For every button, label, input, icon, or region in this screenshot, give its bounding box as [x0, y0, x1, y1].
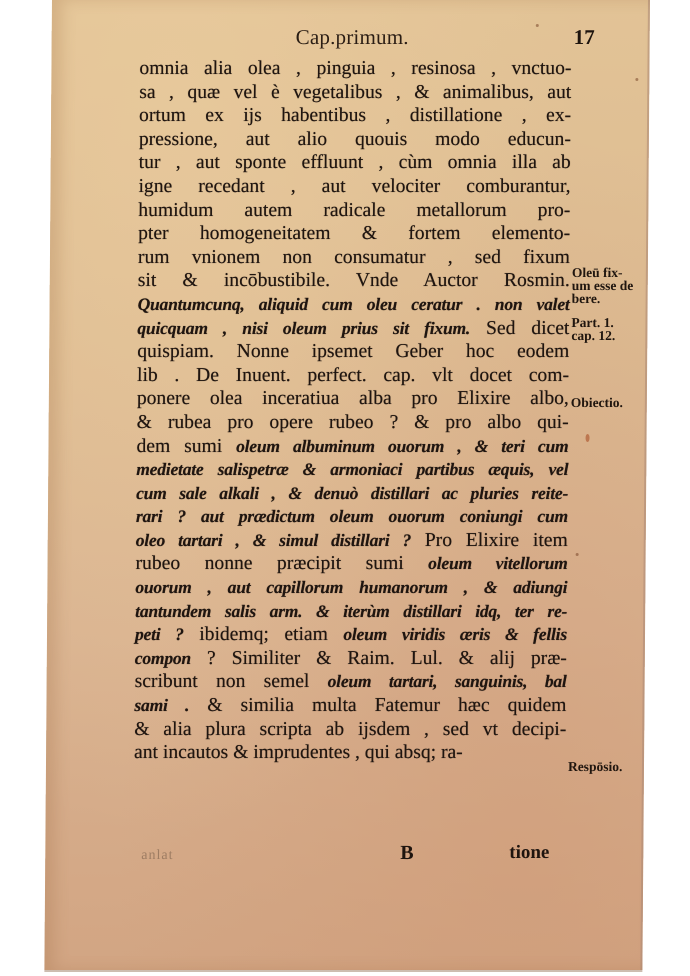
- margin-note-line: Respōsio.: [568, 760, 622, 773]
- text-line: oleo tartari , & simul distillari ? Pro …: [136, 529, 568, 553]
- paper-speck: [536, 24, 539, 27]
- text-line: igne recedant , aut velociter comburantu…: [138, 175, 570, 199]
- text-line: peti ? ibidemq; etiam oleum viridis æris…: [135, 623, 567, 647]
- margin-note: Oleū fix-um esse debere.: [572, 266, 634, 305]
- text-line: & rubea pro opere rubeo ? & pro albo qui…: [137, 411, 569, 435]
- margin-note-line: bere.: [572, 292, 634, 305]
- italic-quote-segment: oleum viridis æris & fellis: [343, 624, 567, 644]
- italic-quote-segment: medietate salispetræ & armoniaci partibu…: [136, 459, 568, 479]
- text-segment: omnia alia olea , pinguia , resinosa , v…: [139, 58, 571, 79]
- body-text: omnia alia olea , pinguia , resinosa , v…: [134, 57, 572, 765]
- text-line: tantundem salis arm. & iterùm distillari…: [135, 600, 567, 624]
- text-line: ant incautos & imprudentes , qui absq; r…: [134, 741, 566, 765]
- page-number: 17: [574, 25, 595, 50]
- text-segment: tur , aut sponte effluunt , cùm omnia il…: [139, 152, 571, 173]
- paper-speck: [635, 78, 638, 81]
- text-segment: pressione, aut alio quouis modo educun-: [139, 129, 571, 150]
- margin-note: Respōsio.: [568, 760, 622, 773]
- text-segment: & rubea pro opere rubeo ? & pro albo qui…: [137, 412, 569, 433]
- text-line: rubeo nonne præcipit sumi oleum vitellor…: [135, 552, 567, 576]
- signature-mark: B: [400, 842, 414, 865]
- text-segment: lib . De Inuent. perfect. cap. vlt docet…: [137, 365, 569, 386]
- text-line: tur , aut sponte effluunt , cùm omnia il…: [139, 151, 571, 175]
- text-segment: & alia plura scripta ab ijsdem , sed vt …: [134, 719, 566, 740]
- running-title: Cap.primum.: [296, 25, 409, 50]
- margin-note-line: cap. 12.: [571, 329, 615, 342]
- text-segment: Sed dicet: [470, 318, 569, 339]
- paper-speck: [586, 434, 590, 442]
- text-segment: rubeo nonne præcipit sumi: [135, 553, 428, 574]
- text-segment: ant incautos & imprudentes , qui absq; r…: [134, 742, 463, 763]
- italic-quote-segment: oleo tartari , & simul distillari ?: [136, 530, 411, 550]
- text-segment: humidum autem radicale metallorum pro-: [138, 200, 570, 221]
- italic-quote-segment: ouorum , aut capillorum humanorum , & ad…: [135, 577, 567, 597]
- text-segment: ponere olea inceratiua alba pro Elixire …: [137, 388, 569, 409]
- text-line: sa , quæ vel è vegetalibus , & animalibu…: [139, 81, 571, 105]
- text-line: quispiam. Nonne ipsemet Geber hoc eodem: [137, 340, 569, 364]
- text-line: rari ? aut prædictum oleum ouorum coniun…: [136, 505, 568, 529]
- text-line: humidum autem radicale metallorum pro-: [138, 199, 570, 223]
- italic-quote-segment: oleum vitellorum: [428, 553, 568, 573]
- text-line: pressione, aut alio quouis modo educun-: [139, 128, 571, 152]
- text-segment: pter homogeneitatem & fortem elemento-: [138, 223, 570, 244]
- italic-quote-segment: quicquam , nisi oleum prius sit fixum.: [137, 318, 470, 338]
- text-line: omnia alia olea , pinguia , resinosa , v…: [139, 57, 571, 81]
- text-line: scribunt non semel oleum tartari, sangui…: [135, 670, 567, 694]
- italic-quote-segment: oleum albuminum ouorum , & teri cum: [236, 436, 569, 456]
- text-segment: sa , quæ vel è vegetalibus , & animalibu…: [139, 82, 571, 103]
- text-segment: ortum ex ijs habentibus , distillatione …: [139, 105, 571, 126]
- text-line: lib . De Inuent. perfect. cap. vlt docet…: [137, 364, 569, 388]
- text-line: sit & incōbustibile. Vnde Auctor Rosmin.: [138, 269, 570, 293]
- margin-note: Part. 1.cap. 12.: [571, 316, 615, 342]
- margin-note: Obiectio.: [571, 396, 623, 409]
- text-line: cum sale alkali , & denuò distillari ac …: [136, 482, 568, 506]
- text-line: ortum ex ijs habentibus , distillatione …: [139, 104, 571, 128]
- italic-quote-segment: Quantumcunq, aliquid cum oleu ceratur . …: [138, 294, 570, 314]
- text-line: rum vnionem non consumatur , sed fixum: [138, 246, 570, 270]
- text-line: Quantumcunq, aliquid cum oleu ceratur . …: [138, 293, 570, 317]
- margin-note-line: Obiectio.: [571, 396, 623, 409]
- text-segment: quispiam. Nonne ipsemet Geber hoc eodem: [137, 341, 569, 362]
- text-line: sami . & similia multa Fatemur hæc quide…: [134, 694, 566, 718]
- text-line: medietate salispetræ & armoniaci partibu…: [136, 458, 568, 482]
- text-line: dem sumi oleum albuminum ouorum , & teri…: [136, 435, 568, 459]
- text-line: ouorum , aut capillorum humanorum , & ad…: [135, 576, 567, 600]
- text-line: quicquam , nisi oleum prius sit fixum. S…: [137, 317, 569, 341]
- paper-speck: [576, 553, 579, 556]
- faded-bleedthrough-text: anlat: [141, 848, 173, 864]
- text-segment: & similia multa Fatemur hæc quidem: [189, 695, 566, 716]
- text-line: pter homogeneitatem & fortem elemento-: [138, 222, 570, 246]
- text-line: ponere olea inceratiua alba pro Elixire …: [137, 387, 569, 411]
- text-segment: ibidemq; etiam: [184, 624, 344, 645]
- book-page: Cap.primum. 17 omnia alia olea , pinguia…: [44, 0, 650, 972]
- text-segment: dem sumi: [136, 436, 236, 457]
- text-segment: rum vnionem non consumatur , sed fixum: [138, 247, 570, 268]
- italic-quote-segment: cum sale alkali , & denuò distillari ac …: [136, 483, 568, 503]
- text-segment: Pro Elixire item: [411, 530, 568, 551]
- catchword: tione: [509, 842, 549, 864]
- italic-quote-segment: compon: [135, 648, 191, 668]
- text-segment: ? Similiter & Raim. Lul. & alij præ-: [191, 648, 567, 669]
- text-segment: igne recedant , aut velociter comburantu…: [138, 176, 570, 197]
- italic-quote-segment: peti ?: [135, 624, 184, 644]
- text-segment: scribunt non semel: [135, 671, 328, 692]
- italic-quote-segment: tantundem salis arm. & iterùm distillari…: [135, 601, 567, 621]
- italic-quote-segment: sami .: [134, 695, 189, 715]
- text-segment: sit & incōbustibile. Vnde Auctor Rosmin.: [138, 270, 570, 291]
- text-line: compon ? Similiter & Raim. Lul. & alij p…: [135, 647, 567, 671]
- text-line: & alia plura scripta ab ijsdem , sed vt …: [134, 718, 566, 742]
- italic-quote-segment: rari ? aut prædictum oleum ouorum coniun…: [136, 506, 568, 526]
- italic-quote-segment: oleum tartari, sanguinis, bal: [328, 671, 567, 691]
